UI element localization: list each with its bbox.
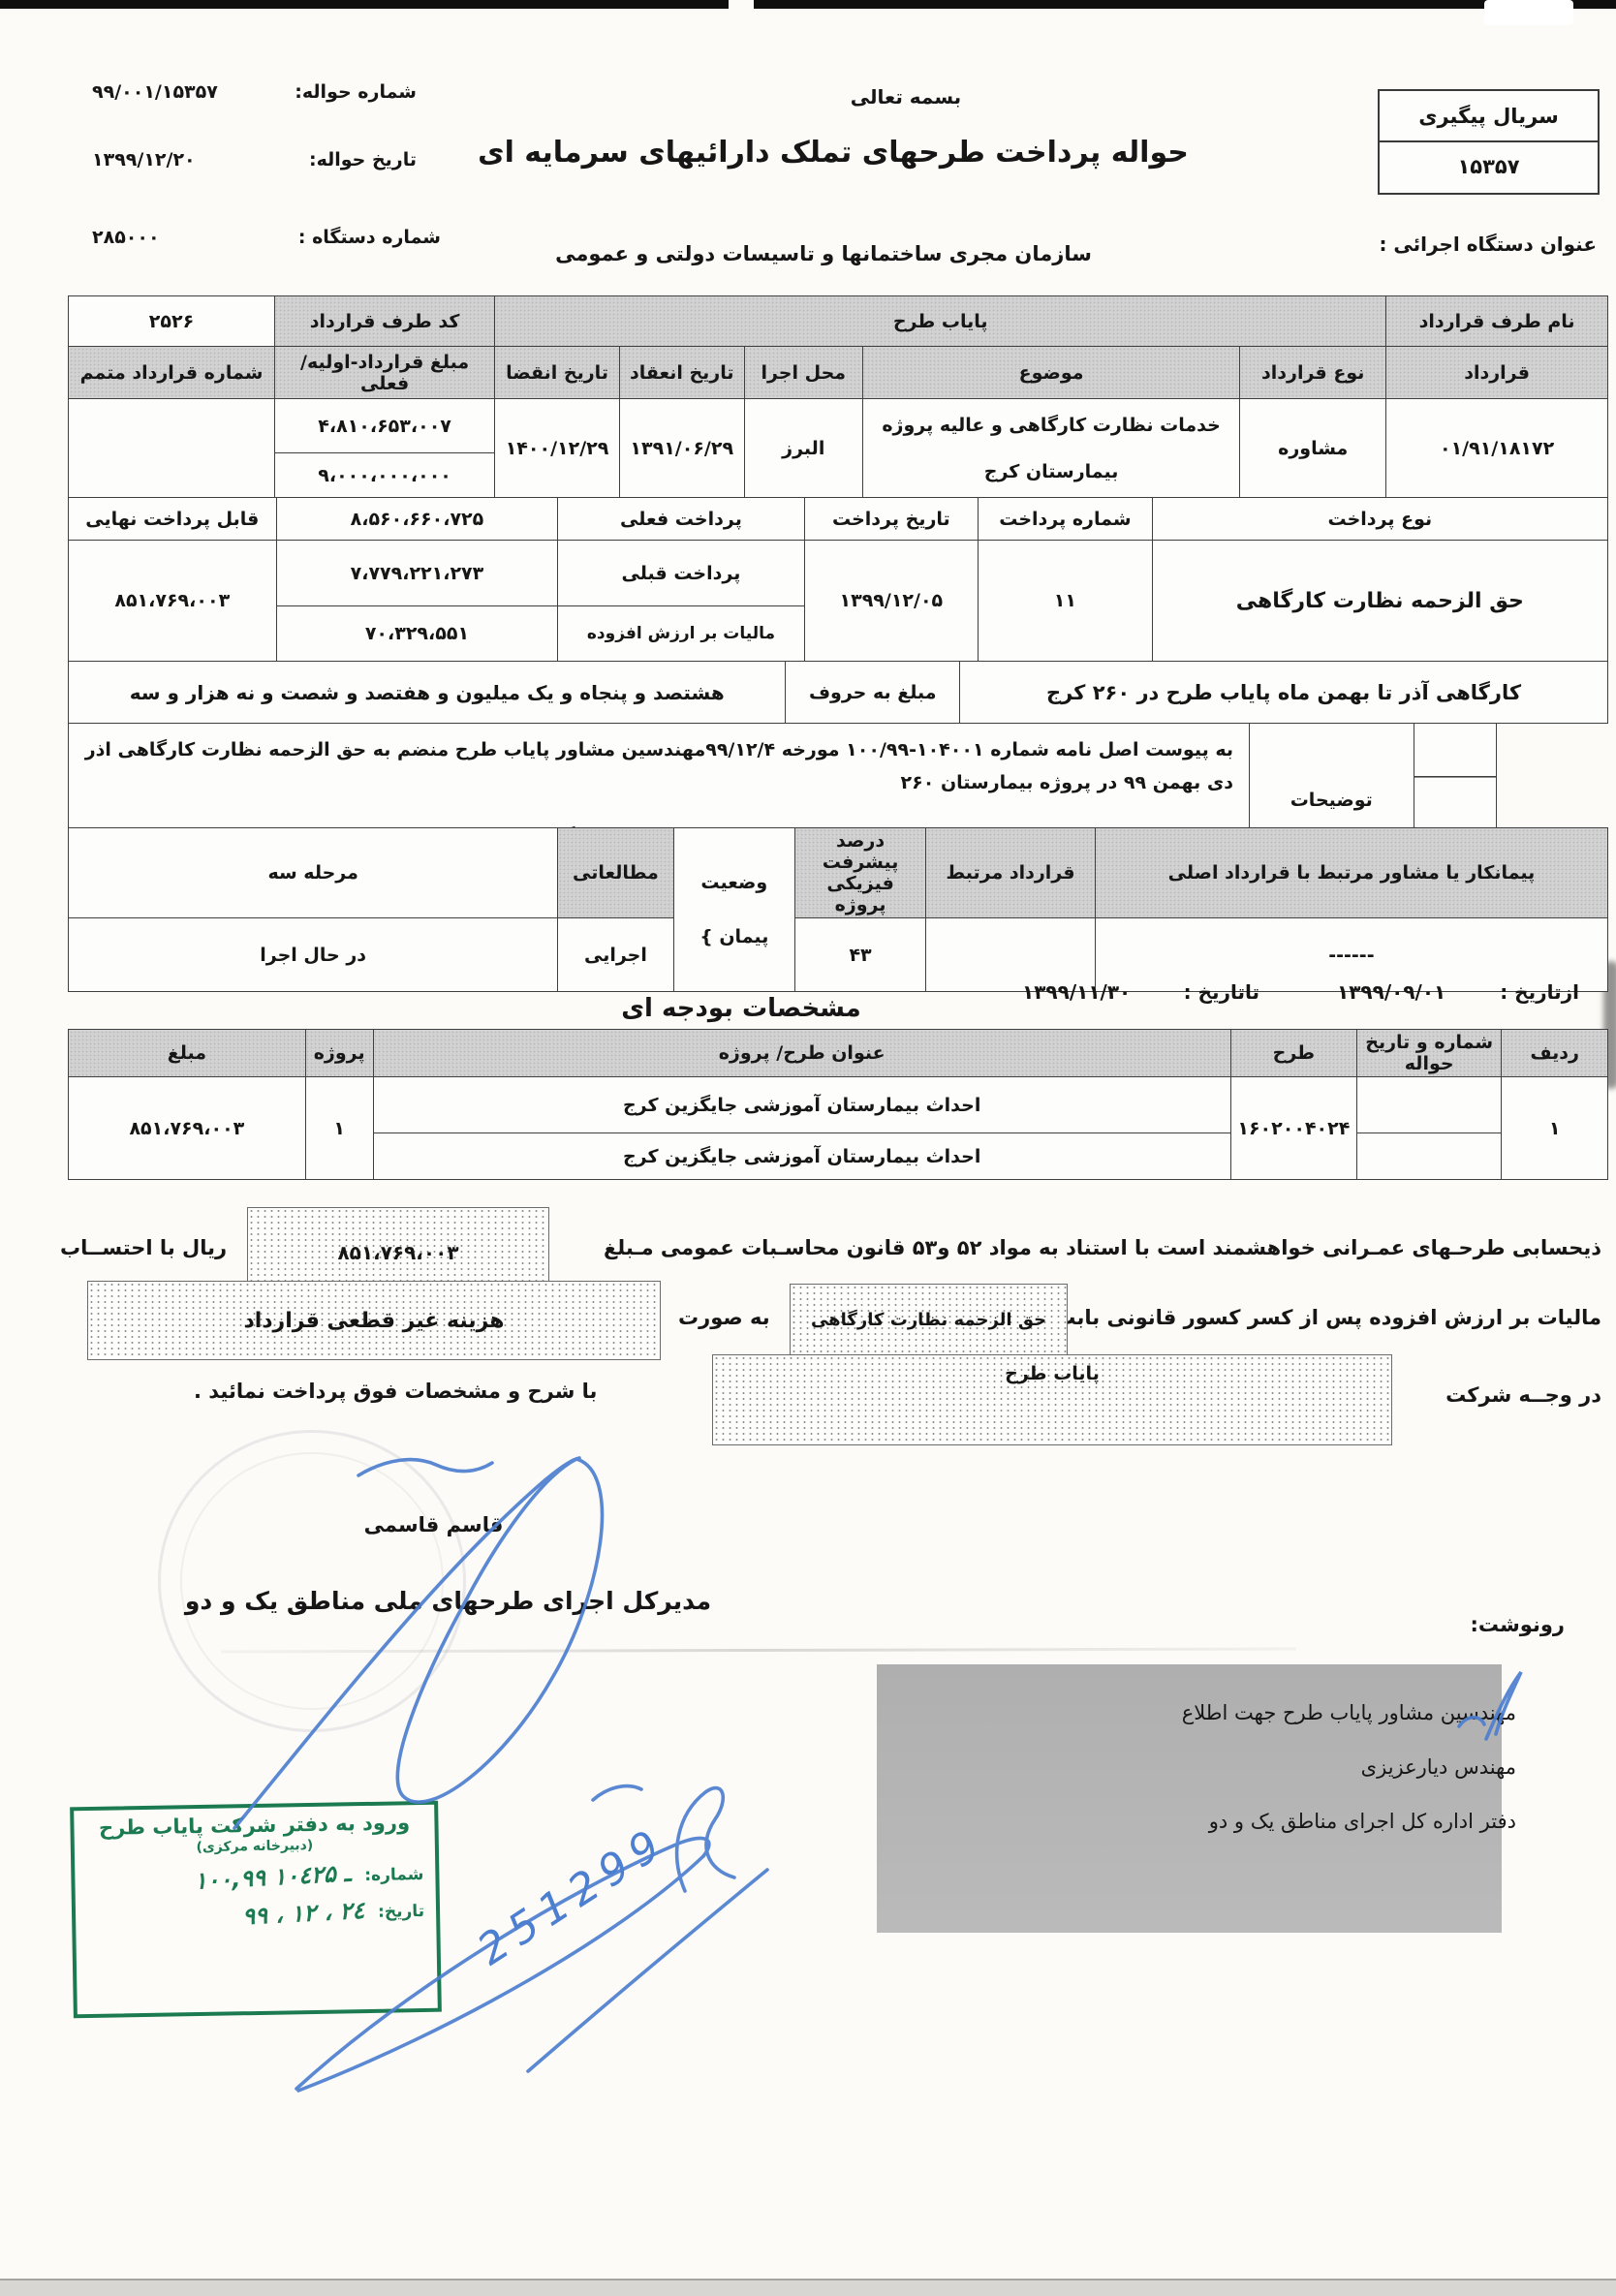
stamp-date-label: تاریخ:	[378, 1902, 424, 1922]
request-payfor-box: حق الزحمه نظارت کارگاهی	[790, 1284, 1068, 1356]
pay-previous-value: ۷،۷۷۹،۲۲۱،۲۷۳	[276, 541, 558, 606]
addendum-value	[69, 399, 275, 498]
budget-from-line: ازتاریخ : ۱۳۹۹/۰۹/۰۱	[1337, 980, 1579, 1004]
device-no-label: شماره دستگاه :	[298, 227, 441, 248]
pay-vat-label: مالیات بر ارزش افزوده	[558, 606, 804, 662]
bismillah-text: بسمه تعالی	[736, 85, 1075, 109]
amount-initial-value: ۴،۸۱۰،۶۵۳،۰۰۷	[274, 399, 494, 453]
pay-number-value: ۱۱	[979, 541, 1153, 662]
document-title: حواله پرداخت طرحهای تملک دارائیهای سرمای…	[417, 136, 1250, 170]
request-line3-label: در وجــه شرکت	[1445, 1383, 1601, 1407]
col-subject: موضوع	[862, 347, 1239, 399]
ref-date-label: تاریخ حواله:	[309, 149, 417, 171]
copies-item-2: مهندس دیارعزیزی	[877, 1740, 1516, 1794]
stamp-date-value: ۹۹ ، ۱۲ ، ۲٤	[241, 1897, 365, 1931]
budget-row-no: ۱	[1502, 1077, 1608, 1180]
expire-date-value: ۱۴۰۰/۱۲/۲۹	[495, 399, 620, 498]
pay-vat-value: ۷۰،۳۲۹،۵۵۱	[276, 606, 558, 662]
request-company-box: پایاب طرح	[712, 1354, 1392, 1445]
party-name-label: نام طرف قرارداد	[1386, 296, 1608, 347]
tracking-serial-value: ۱۵۳۵۷	[1380, 142, 1598, 191]
party-code-label: کد طرف قرارداد	[274, 296, 494, 347]
tracking-serial-box: سریال پیگیری ۱۵۳۵۷	[1378, 89, 1600, 195]
device-no-line: شماره دستگاه : ۲۸۵۰۰۰	[92, 227, 441, 248]
request-line2-text: مالیات بر ارزش افزوده پس از کسر کسور قان…	[1055, 1306, 1601, 1329]
request-line1-tail: ریال با احتســاب	[60, 1236, 227, 1259]
col-contract: قرارداد	[1386, 347, 1608, 399]
scan-top-edge	[0, 0, 1616, 9]
budget-plan-value: ۱۶۰۲۰۰۴۰۲۴	[1230, 1077, 1356, 1180]
phase-value: مرحله سه	[69, 828, 558, 918]
words-label: مبلغ به حروف	[786, 662, 960, 724]
pay-previous-label: پرداخت قبلی	[558, 541, 804, 606]
handwritten-number: 251299	[469, 1816, 676, 1975]
pact-status-line1: وضعیت	[679, 872, 791, 893]
request-line2-mid: به صورت	[678, 1306, 770, 1329]
incoming-registry-stamp: ورود به دفتر شرکت پایاب طرح (دبیرخانه مر…	[70, 1801, 442, 2019]
progress-header-line2: فیزیکی پروژه	[800, 873, 920, 915]
pay-number-header: شماره پرداخت	[979, 498, 1153, 541]
subject-value: خدمات نظارت کارگاهی و عالیه پروژه بیمارس…	[862, 399, 1239, 498]
copies-item-1: مهندسین مشاور پایاب طرح جهت اطلاع	[877, 1686, 1516, 1740]
ref-date-line: تاریخ حواله: ۱۳۹۹/۱۲/۲۰	[92, 149, 417, 171]
subject-line-2: بیمارستان کرج	[868, 461, 1234, 482]
scribble-small	[593, 1786, 641, 1800]
stamp-no-value: ۱۰۰,۹۹ ـ ۱۰٤۲۵	[194, 1859, 352, 1894]
col-addendum: شماره قرارداد متمم	[69, 347, 275, 399]
scanned-payment-order-document: سریال پیگیری ۱۵۳۵۷ بسمه تعالی حواله پردا…	[0, 0, 1616, 2296]
request-costtype-box: هزینه غیر قطعی قرارداد	[87, 1281, 661, 1360]
budget-to-value: ۱۳۹۹/۱۱/۳۰	[1022, 980, 1131, 1004]
budget-ref-value	[1357, 1077, 1502, 1133]
budget-col-row: ردیف	[1502, 1030, 1608, 1077]
request-payfor-value: حق الزحمه نظارت کارگاهی	[811, 1310, 1046, 1330]
status-table: پیمانکار یا مشاور مرتبط با قرارداد اصلی …	[68, 827, 1608, 992]
request-costtype-value: هزینه غیر قطعی قرارداد	[243, 1309, 504, 1333]
sign-date-value: ۱۳۹۱/۰۶/۲۹	[619, 399, 744, 498]
scan-top-notch	[729, 0, 754, 9]
budget-project-value: ۱	[305, 1077, 373, 1180]
party-code-value: ۲۵۲۶	[69, 296, 275, 347]
notes-line-1: به پیوست اصل نامه شماره ۱۰۴۰۰۱-۱۰۰/۹۹ مو…	[84, 733, 1233, 799]
signer-title: مدیرکل اجرای طرحهای ملی مناطق یک و دو	[170, 1587, 727, 1615]
related-contract-header: قرارداد مرتبط	[926, 828, 1096, 918]
subject-line-1: خدمات نظارت کارگاهی و عالیه پروژه	[868, 415, 1234, 436]
request-line3-tail: با شرح و مشخصات فوق پرداخت نمائید .	[194, 1380, 597, 1403]
budget-table: ردیف شماره و تاریخ حواله طرح عنوان طرح/ …	[68, 1029, 1608, 1180]
budget-col-ref: شماره و تاریخ حواله	[1357, 1030, 1502, 1077]
words-value: هشتصد و پنجاه و یک میلیون و هفتصد و شصت …	[69, 662, 786, 724]
stamp-no-label: شماره:	[364, 1865, 423, 1885]
study-value: اجرایی	[558, 918, 673, 992]
device-no-value: ۲۸۵۰۰۰	[92, 227, 160, 248]
payment-table: نوع پرداخت شماره پرداخت تاریخ پرداخت پرد…	[68, 497, 1608, 662]
ref-no-label: شماره حواله:	[295, 81, 417, 103]
col-expire-date: تاریخ انقضا	[495, 347, 620, 399]
phase-state-value: در حال اجرا	[69, 918, 558, 992]
pay-date-header: تاریخ پرداخت	[804, 498, 979, 541]
pact-status-cell: وضعیت پیمان }	[673, 828, 795, 992]
copies-list: مهندسین مشاور پایاب طرح جهت اطلاع مهندس …	[877, 1686, 1522, 1848]
consultant-header: پیمانکار یا مشاور مرتبط با قرارداد اصلی	[1095, 828, 1607, 918]
budget-title-line2: احداث بیمارستان آموزشی جایگزین کرج	[373, 1133, 1230, 1180]
budget-section-title: مشخصات بودجه ای	[581, 994, 901, 1023]
pay-current-value: ۸،۵۶۰،۶۶۰،۷۲۵	[276, 498, 558, 541]
budget-col-project: پروژه	[305, 1030, 373, 1077]
budget-from-label: ازتاریخ :	[1500, 980, 1579, 1004]
amount-current-value: ۹،۰۰۰،۰۰۰،۰۰۰	[274, 453, 494, 498]
organization-name: سازمان مجری ساختمانها و تاسیسات دولتی و …	[475, 242, 1172, 265]
request-amount-value: ۸۵۱،۷۶۹،۰۰۳	[337, 1241, 458, 1264]
pay-date-value: ۱۳۹۹/۱۲/۰۵	[804, 541, 979, 662]
scan-bottom-edge	[0, 2279, 1616, 2296]
pay-current-label: پرداخت فعلی	[558, 498, 804, 541]
scribble-above-number	[677, 1788, 734, 1891]
contract-no-value: ۰۱/۹۱/۱۸۱۷۲	[1386, 399, 1608, 498]
pay-type-value: حق الزحمه نظارت کارگاهی	[1152, 541, 1607, 662]
contract-table: نام طرف قرارداد پایاب طرح کد طرف قرارداد…	[68, 295, 1608, 498]
budget-col-plan: طرح	[1230, 1030, 1356, 1077]
scan-top-corner-patch	[1484, 0, 1573, 25]
budget-col-title: عنوان طرح/ پروژه	[373, 1030, 1230, 1077]
budget-to-label: تاتاریخ :	[1184, 980, 1259, 1004]
col-location: محل اجرا	[744, 347, 862, 399]
faint-round-stamp-ghost	[158, 1430, 466, 1732]
study-header: مطالعاتی	[558, 828, 673, 918]
col-sign-date: تاریخ انعقاد	[619, 347, 744, 399]
col-amount: مبلغ قرارداد-اولیه/فعلی	[274, 347, 494, 399]
budget-col-amount: مبلغ	[69, 1030, 306, 1077]
budget-to-line: تاتاریخ : ۱۳۹۹/۱۱/۳۰	[1022, 980, 1259, 1004]
words-desc: کارگاهی آذر تا بهمن ماه پایاب طرح در ۲۶۰…	[960, 662, 1608, 724]
party-name-value: پایاب طرح	[495, 296, 1386, 347]
pay-type-header: نوع پرداخت	[1152, 498, 1607, 541]
progress-value: ۴۳	[795, 918, 926, 992]
location-value: البرز	[744, 399, 862, 498]
pay-final-label: قابل پرداخت نهایی	[69, 498, 277, 541]
request-company-value: پایاب طرح	[1005, 1363, 1100, 1384]
copies-label: رونوشت:	[1429, 1613, 1565, 1636]
request-line1-text: ذیحسابی طرحـهای عمـرانی خواهشمند است با …	[604, 1236, 1601, 1259]
progress-header-line1: درصد پیشرفت	[800, 830, 920, 873]
ref-no-value: ۹۹/۰۰۱/۱۵۳۵۷	[92, 81, 218, 103]
amount-words-row: کارگاهی آذر تا بهمن ماه پایاب طرح در ۲۶۰…	[68, 661, 1608, 724]
budget-from-value: ۱۳۹۹/۰۹/۰۱	[1337, 980, 1445, 1004]
stamp-title: ورود به دفتر شرکت پایاب طرح	[74, 1811, 434, 1840]
agency-label: عنوان دستگاه اجرائی :	[1379, 233, 1597, 256]
copies-item-3: دفتر اداره کل اجرای مناطق یک و دو	[877, 1794, 1516, 1848]
col-contract-type: نوع قرارداد	[1240, 347, 1386, 399]
budget-ref-value2	[1357, 1133, 1502, 1180]
progress-header: درصد پیشرفت فیزیکی پروژه	[795, 828, 926, 918]
contract-type-value: مشاوره	[1240, 399, 1386, 498]
pay-final-value: ۸۵۱،۷۶۹،۰۰۳	[69, 541, 277, 662]
budget-title-line1: احداث بیمارستان آموزشی جایگزین کرج	[373, 1077, 1230, 1133]
ref-no-line: شماره حواله: ۹۹/۰۰۱/۱۵۳۵۷	[92, 81, 417, 103]
pact-status-line2: پیمان }	[679, 926, 791, 947]
budget-amount-value: ۸۵۱،۷۶۹،۰۰۳	[69, 1077, 306, 1180]
signer-name: قاسم قاسمی	[325, 1513, 543, 1536]
tracking-serial-label: سریال پیگیری	[1380, 91, 1598, 142]
ref-date-value: ۱۳۹۹/۱۲/۲۰	[92, 149, 196, 171]
